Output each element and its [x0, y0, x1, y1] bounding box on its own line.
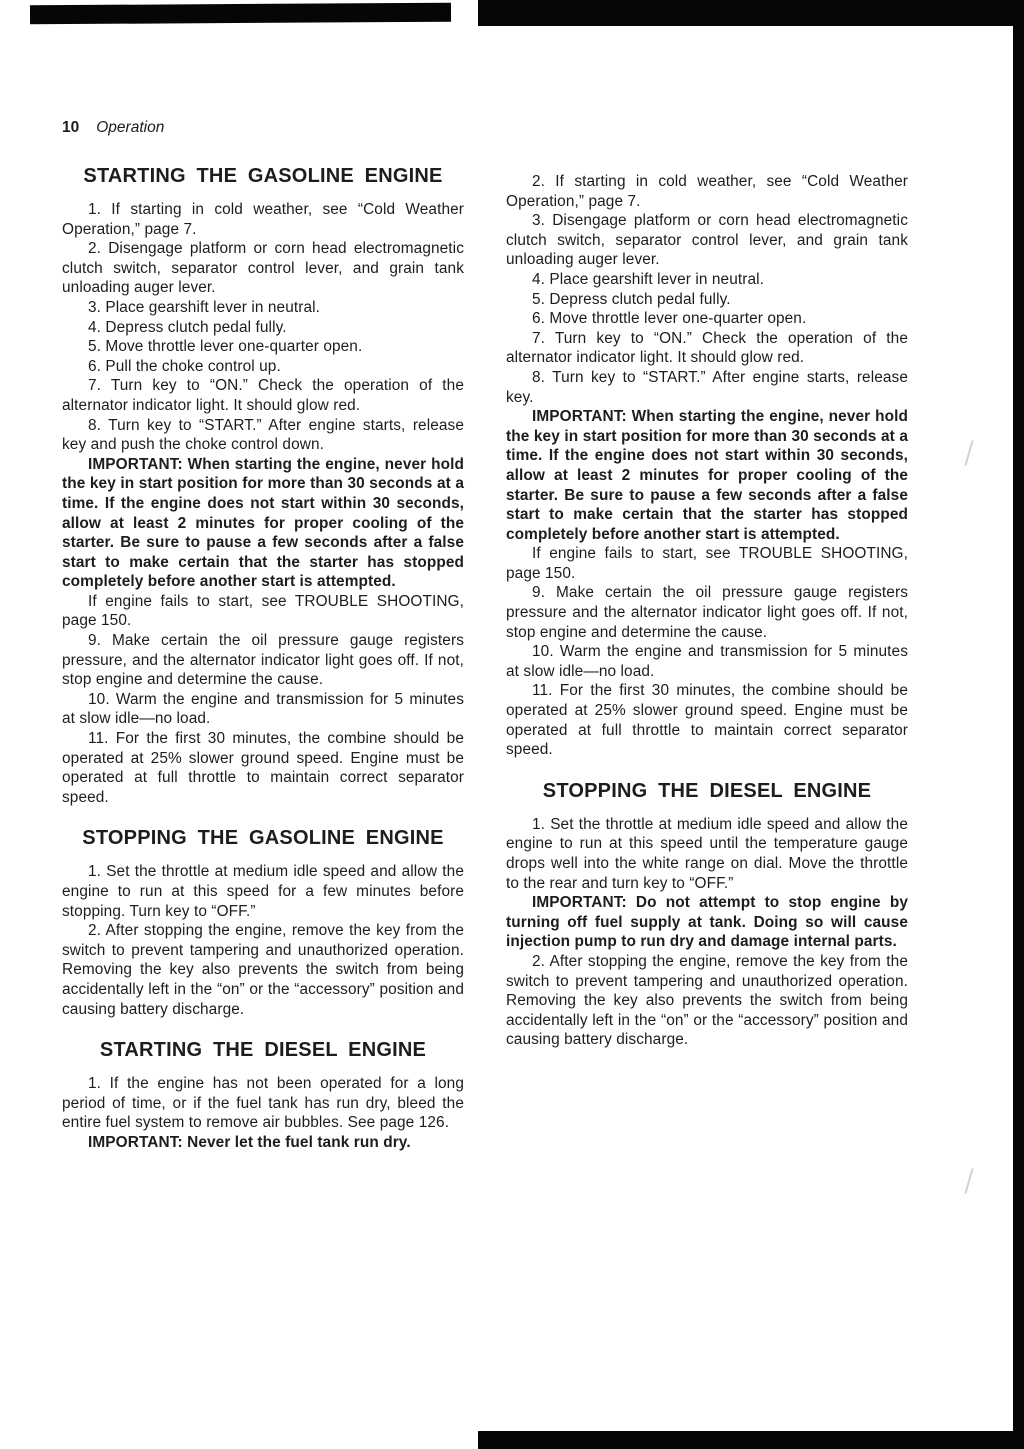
diesel-start-important-note: IMPORTANT: When starting the engine, nev… — [506, 407, 908, 544]
running-head: 10Operation — [62, 118, 164, 138]
diesel-fuel-important-note: IMPORTANT: Never let the fuel tank run d… — [62, 1133, 464, 1153]
gasoline-start-step-4: 4. Depress clutch pedal fully. — [62, 318, 464, 338]
running-section-title: Operation — [96, 119, 164, 136]
diesel-start-step-4: 4. Place gearshift lever in neutral. — [506, 270, 908, 290]
diesel-start-step-10: 10. Warm the engine and transmission for… — [506, 642, 908, 681]
gasoline-stop-step-2: 2. After stopping the engine, remove the… — [62, 921, 464, 1019]
gasoline-start-step-5: 5. Move throttle lever one-quarter open. — [62, 337, 464, 357]
manual-page: 10Operation STARTING THE GASOLINE ENGINE… — [0, 0, 1024, 1449]
gasoline-stop-step-1: 1. Set the throttle at medium idle speed… — [62, 862, 464, 921]
diesel-stop-important-note: IMPORTANT: Do not attempt to stop engine… — [506, 893, 908, 952]
gasoline-start-step-3: 3. Place gearshift lever in neutral. — [62, 298, 464, 318]
scan-bar-top-right — [478, 0, 1024, 26]
heading-stopping-gasoline-engine: STOPPING THE GASOLINE ENGINE — [62, 828, 464, 848]
scan-mark-lower — [964, 1168, 973, 1194]
gasoline-start-step-8: 8. Turn key to “START.” After engine sta… — [62, 416, 464, 455]
page-number: 10 — [62, 119, 79, 136]
heading-stopping-diesel-engine: STOPPING THE DIESEL ENGINE — [506, 781, 908, 801]
gasoline-start-step-1: 1. If starting in cold weather, see “Col… — [62, 200, 464, 239]
gasoline-start-step-11: 11. For the first 30 minutes, the combin… — [62, 729, 464, 807]
gasoline-start-step-2: 2. Disengage platform or corn head elect… — [62, 239, 464, 298]
diesel-start-step-2: 2. If starting in cold weather, see “Col… — [506, 172, 908, 211]
diesel-stop-step-2: 2. After stopping the engine, remove the… — [506, 952, 908, 1050]
scan-bar-bottom-right — [478, 1431, 1024, 1449]
diesel-stop-step-1: 1. Set the throttle at medium idle speed… — [506, 815, 908, 893]
diesel-start-step-11: 11. For the first 30 minutes, the combin… — [506, 681, 908, 759]
column-right: 2. If starting in cold weather, see “Col… — [506, 172, 908, 1050]
gasoline-start-step-9: 9. Make certain the oil pressure gauge r… — [62, 631, 464, 690]
scan-bar-top-left — [30, 3, 451, 25]
diesel-start-step-7: 7. Turn key to “ON.” Check the operation… — [506, 329, 908, 368]
diesel-start-step-8: 8. Turn key to “START.” After engine sta… — [506, 368, 908, 407]
heading-starting-gasoline-engine: STARTING THE GASOLINE ENGINE — [62, 166, 464, 186]
diesel-trouble-shooting-note: If engine fails to start, see TROUBLE SH… — [506, 544, 908, 583]
scan-bar-right-edge — [1013, 0, 1024, 1449]
gasoline-start-step-7: 7. Turn key to “ON.” Check the operation… — [62, 376, 464, 415]
gasoline-trouble-shooting-note: If engine fails to start, see TROUBLE SH… — [62, 592, 464, 631]
gasoline-start-important-note: IMPORTANT: When starting the engine, nev… — [62, 455, 464, 592]
diesel-start-step-5: 5. Depress clutch pedal fully. — [506, 290, 908, 310]
diesel-start-step-3: 3. Disengage platform or corn head elect… — [506, 211, 908, 270]
column-left: STARTING THE GASOLINE ENGINE 1. If start… — [62, 166, 464, 1153]
diesel-start-step-6: 6. Move throttle lever one-quarter open. — [506, 309, 908, 329]
diesel-start-step-9: 9. Make certain the oil pressure gauge r… — [506, 583, 908, 642]
gasoline-start-step-10: 10. Warm the engine and transmission for… — [62, 690, 464, 729]
scan-mark-upper — [964, 440, 973, 466]
gasoline-start-step-6: 6. Pull the choke control up. — [62, 357, 464, 377]
heading-starting-diesel-engine: STARTING THE DIESEL ENGINE — [62, 1040, 464, 1060]
diesel-start-step-1: 1. If the engine has not been operated f… — [62, 1074, 464, 1133]
